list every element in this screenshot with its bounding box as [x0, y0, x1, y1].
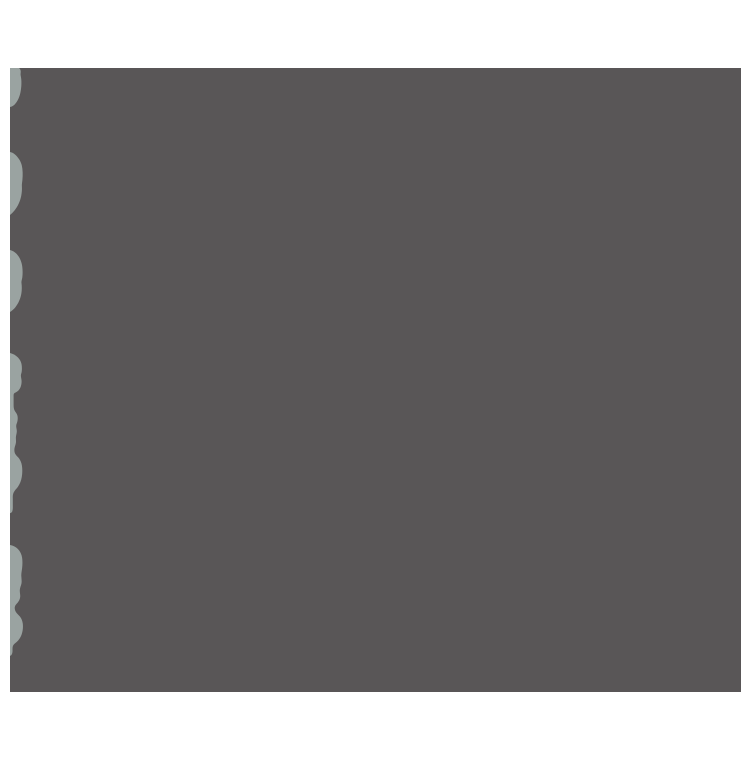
page-background	[0, 0, 750, 762]
dark-content-panel	[10, 68, 741, 692]
